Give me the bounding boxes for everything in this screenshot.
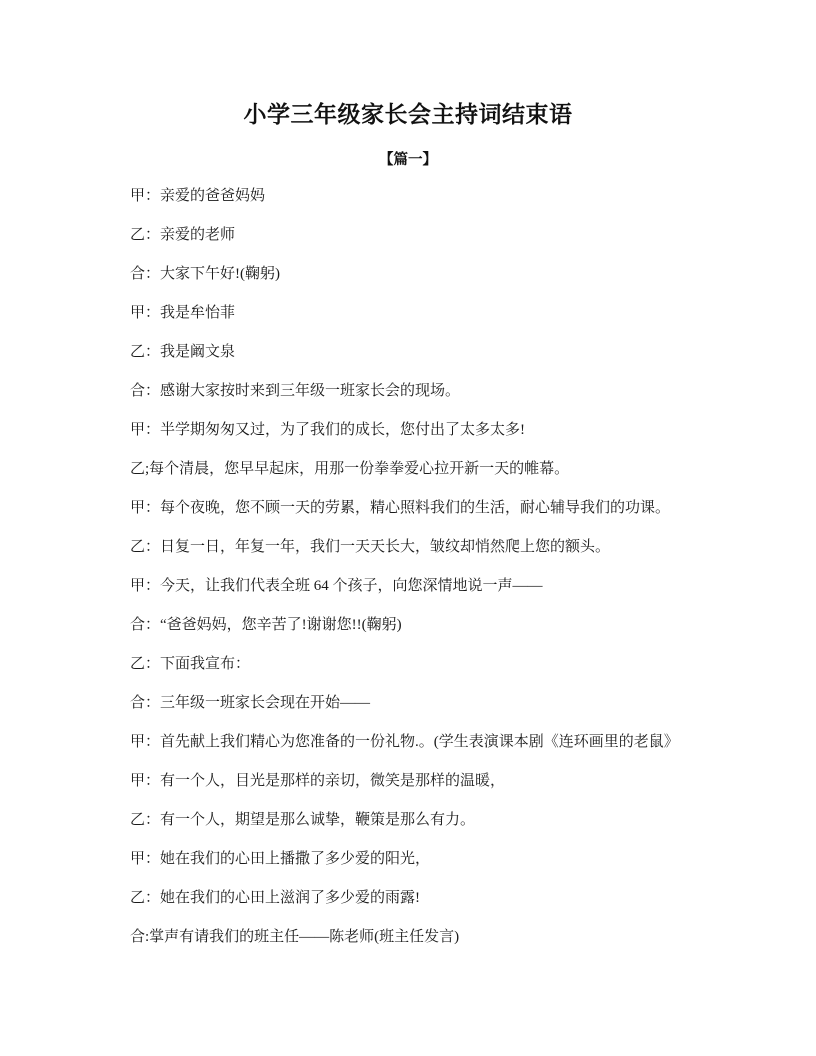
script-line: 合：大家下午好!(鞠躬)	[130, 264, 750, 303]
line-text: 合：大家下午好!(鞠躬)	[130, 264, 280, 284]
line-text: 甲：今天，让我们代表全班 64 个孩子，向您深情地说一声——	[130, 576, 543, 596]
script-line: 甲：今天，让我们代表全班 64 个孩子，向您深情地说一声——	[130, 576, 750, 615]
section-heading: 【篇一】	[0, 148, 816, 169]
line-text: 乙：我是阚文泉	[130, 342, 235, 362]
line-text: 乙：下面我宣布：	[130, 654, 250, 674]
line-text: 甲：亲爱的爸爸妈妈	[130, 186, 265, 206]
script-line: 乙：有一个人，期望是那么诚挚，鞭策是那么有力。	[130, 810, 750, 849]
line-text: 合:掌声有请我们的班主任——陈老师(班主任发言)	[130, 927, 459, 947]
line-text: 甲：半学期匆匆又过，为了我们的成长，您付出了太多太多!	[130, 420, 525, 440]
script-line: 乙：日复一日，年复一年，我们一天天长大，皱纹却悄然爬上您的额头。	[130, 537, 750, 576]
script-line: 乙：我是阚文泉	[130, 342, 750, 381]
script-line: 乙：亲爱的老师	[130, 225, 750, 264]
script-line: 甲：我是牟怡菲	[130, 303, 750, 342]
line-text: 甲：首先献上我们精心为您准备的一份礼物.。(学生表演课本剧《连环画里的老鼠》	[130, 732, 679, 752]
line-text: 乙：有一个人，期望是那么诚挚，鞭策是那么有力。	[130, 810, 475, 830]
script-line: 乙;每个清晨，您早早起床，用那一份拳拳爱心拉开新一天的帷幕。	[130, 459, 750, 498]
script-line: 甲：亲爱的爸爸妈妈	[130, 186, 750, 225]
line-text: 合：三年级一班家长会现在开始——	[130, 693, 370, 713]
script-line: 甲：首先献上我们精心为您准备的一份礼物.。(学生表演课本剧《连环画里的老鼠》	[130, 732, 750, 771]
script-line: 乙：下面我宣布：	[130, 654, 750, 693]
line-text: 乙：日复一日，年复一年，我们一天天长大，皱纹却悄然爬上您的额头。	[130, 537, 610, 557]
line-text: 甲：我是牟怡菲	[130, 303, 235, 323]
script-line: 合：“爸爸妈妈，您辛苦了!谢谢您!!(鞠躬)	[130, 615, 750, 654]
line-text: 甲：她在我们的心田上播撒了多少爱的阳光，	[130, 849, 430, 869]
script-line: 甲：她在我们的心田上播撒了多少爱的阳光，	[130, 849, 750, 888]
script-lines: 甲：亲爱的爸爸妈妈 乙：亲爱的老师 合：大家下午好!(鞠躬) 甲：我是牟怡菲 乙…	[130, 186, 750, 966]
script-line: 乙：她在我们的心田上滋润了多少爱的雨露!	[130, 888, 750, 927]
line-text: 合：感谢大家按时来到三年级一班家长会的现场。	[130, 381, 460, 401]
document-page: 小学三年级家长会主持词结束语 【篇一】 甲：亲爱的爸爸妈妈 乙：亲爱的老师 合：…	[0, 0, 816, 1056]
line-text: 合：“爸爸妈妈，您辛苦了!谢谢您!!(鞠躬)	[130, 615, 402, 635]
script-line: 甲：有一个人，目光是那样的亲切，微笑是那样的温暖，	[130, 771, 750, 810]
script-line: 合:掌声有请我们的班主任——陈老师(班主任发言)	[130, 927, 750, 966]
line-text: 乙：亲爱的老师	[130, 225, 235, 245]
line-text: 乙;每个清晨，您早早起床，用那一份拳拳爱心拉开新一天的帷幕。	[130, 459, 569, 479]
line-text: 乙：她在我们的心田上滋润了多少爱的雨露!	[130, 888, 420, 908]
document-title: 小学三年级家长会主持词结束语	[0, 96, 816, 129]
line-text: 甲：每个夜晚，您不顾一天的劳累，精心照料我们的生活，耐心辅导我们的功课。	[130, 498, 670, 518]
script-line: 合：感谢大家按时来到三年级一班家长会的现场。	[130, 381, 750, 420]
script-line: 合：三年级一班家长会现在开始——	[130, 693, 750, 732]
script-line: 甲：每个夜晚，您不顾一天的劳累，精心照料我们的生活，耐心辅导我们的功课。	[130, 498, 750, 537]
line-text: 甲：有一个人，目光是那样的亲切，微笑是那样的温暖，	[130, 771, 505, 791]
script-line: 甲：半学期匆匆又过，为了我们的成长，您付出了太多太多!	[130, 420, 750, 459]
